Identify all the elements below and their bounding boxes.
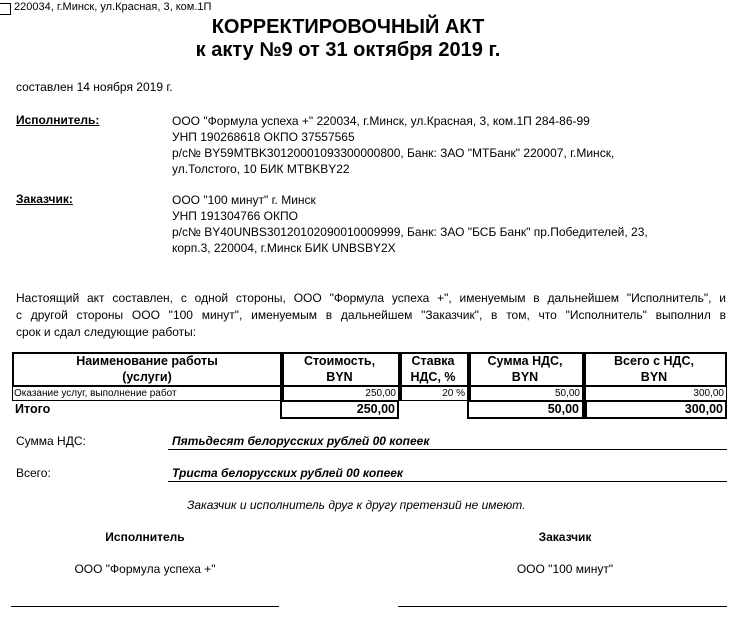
paragraph-line: Настоящий акт составлен, с одной стороны…: [16, 290, 726, 307]
cell-total: 300,00: [582, 387, 726, 400]
executor-signature-name: ООО "Формула успеха +": [0, 562, 290, 576]
total-words-label: Всего:: [16, 466, 51, 480]
header-vat-rate: Ставка НДС, %: [399, 353, 467, 385]
header-text: BYN: [281, 369, 398, 385]
header-text: BYN: [468, 369, 582, 385]
customer-line: р/с№ BY40UNBS30120102090010009999, Банк:…: [172, 224, 648, 240]
header-text: (услуги): [14, 369, 280, 385]
customer-label: Заказчик:: [16, 192, 73, 206]
total-cost: 250,00: [280, 401, 397, 418]
header-text: Наименование работы: [14, 353, 280, 369]
header-address: 220034, г.Минск, ул.Красная, 3, ком.1П: [14, 1, 211, 13]
cell-cost: 250,00: [280, 387, 398, 400]
executor-signature-title: Исполнитель: [0, 530, 290, 544]
total-label: Итого: [13, 401, 213, 418]
total-sum: 300,00: [582, 401, 725, 418]
header-total: Всего с НДС, BYN: [583, 353, 725, 385]
executor-details: ООО "Формула успеха +" 220034, г.Минск, …: [172, 113, 614, 177]
total-words-value: Триста белорусских рублей 00 копеек: [172, 466, 403, 480]
customer-line: ООО "100 минут" г. Минск: [172, 192, 648, 208]
header-text: BYN: [583, 369, 725, 385]
header-text: Ставка: [399, 353, 467, 369]
header-text: Стоимость,: [281, 353, 398, 369]
vat-words-value: Пятьдесят белорусских рублей 00 копеек: [172, 434, 429, 448]
document-subtitle: к акту №9 от 31 октября 2019 г.: [0, 39, 726, 62]
header-text: Всего с НДС,: [583, 353, 725, 369]
paragraph-line: срок и сдал следующие работы:: [16, 324, 726, 341]
composed-date: составлен 14 ноября 2019 г.: [16, 79, 173, 95]
executor-line: ООО "Формула успеха +" 220034, г.Минск, …: [172, 113, 614, 129]
paragraph-line: с другой стороны ООО "100 минут", именуе…: [16, 307, 726, 324]
no-claims-note: Заказчик и исполнитель друг к другу прет…: [187, 498, 525, 512]
executor-line: ул.Толстого, 10 БИК MTBKBY22: [172, 161, 614, 177]
cell-name: Оказание услуг, выполнение работ: [12, 387, 280, 400]
total-words-underline: [168, 481, 727, 482]
header-name: Наименование работы (услуги): [14, 353, 280, 385]
vat-words-underline: [168, 449, 727, 450]
executor-line: р/с№ BY59MTBK30120001093300000800, Банк:…: [172, 145, 614, 161]
customer-details: ООО "100 минут" г. Минск УНП 191304766 О…: [172, 192, 648, 256]
customer-line: УНП 191304766 ОКПО: [172, 208, 648, 224]
customer-signature-title: Заказчик: [400, 530, 730, 544]
header-text: НДС, %: [399, 369, 467, 385]
total-vat: 50,00: [467, 401, 581, 418]
header-vat-sum: Сумма НДС, BYN: [468, 353, 582, 385]
customer-line: корп.3, 220004, г.Минск БИК UNBSBY2X: [172, 240, 648, 256]
cell-vat-sum: 50,00: [467, 387, 582, 400]
customer-signature-line: [398, 606, 727, 607]
executor-line: УНП 190268618 ОКПО 37557565: [172, 129, 614, 145]
customer-signature-name: ООО "100 минут": [400, 562, 730, 576]
executor-signature-line: [11, 606, 279, 607]
executor-label: Исполнитель:: [16, 113, 99, 127]
header-text: Сумма НДС,: [468, 353, 582, 369]
header-cost: Стоимость, BYN: [281, 353, 398, 385]
agreement-paragraph: Настоящий акт составлен, с одной стороны…: [16, 290, 726, 341]
vat-words-label: Сумма НДС:: [16, 434, 86, 448]
cell-vat-rate: 20 %: [398, 387, 467, 400]
document-title: КОРРЕКТИРОВОЧНЫЙ АКТ: [0, 16, 726, 39]
corner-marker: [0, 3, 11, 15]
